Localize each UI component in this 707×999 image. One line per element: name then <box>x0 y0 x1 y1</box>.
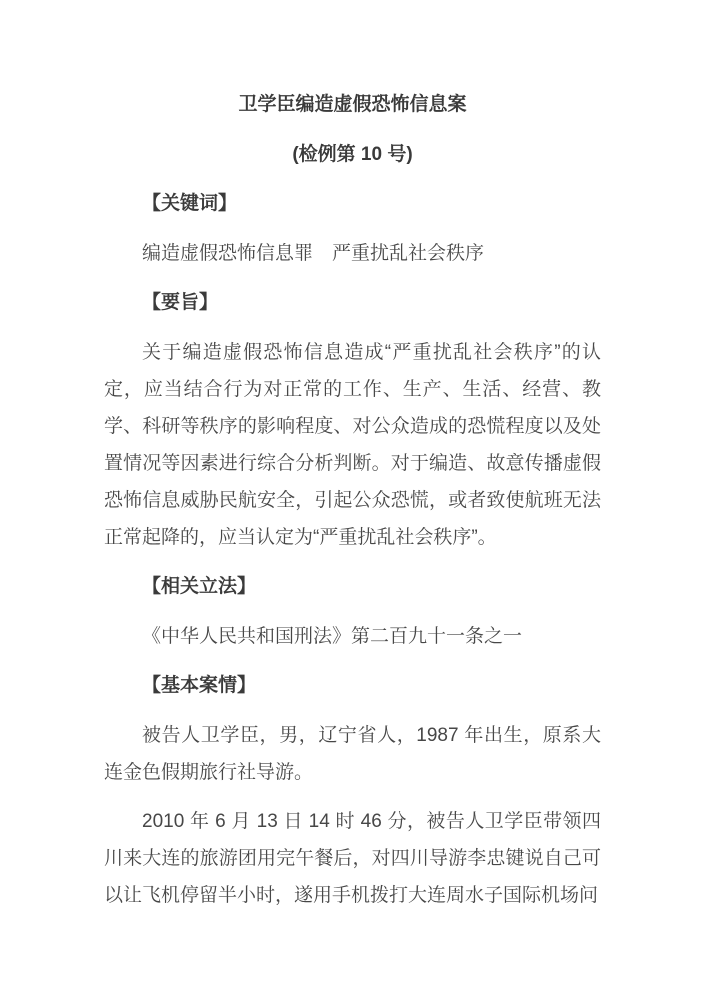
gist-paragraph: 关于编造虚假恐怖信息造成“严重扰乱社会秩序”的认定，应当结合行为对正常的工作、生… <box>104 334 601 556</box>
section-heading-gist: 【要旨】 <box>104 284 601 321</box>
document-content: 卫学臣编造虚假恐怖信息案 (检例第 10 号) 【关键词】 编造虚假恐怖信息罪 … <box>0 0 707 905</box>
section-heading-facts: 【基本案情】 <box>104 667 601 704</box>
section-heading-keywords: 【关键词】 <box>104 185 601 222</box>
legislation-text: 《中华人民共和国刑法》第二百九十一条之一 <box>104 618 601 655</box>
keywords-text: 编造虚假恐怖信息罪 严重扰乱社会秩序 <box>104 235 601 272</box>
case-number: (检例第 10 号) <box>104 136 601 173</box>
document-title: 卫学臣编造虚假恐怖信息案 <box>104 86 601 123</box>
document-page: 卫学臣编造虚假恐怖信息案 (检例第 10 号) 【关键词】 编造虚假恐怖信息罪 … <box>0 0 707 999</box>
section-heading-legislation: 【相关立法】 <box>104 568 601 605</box>
facts-paragraph-2: 2010 年 6 月 13 日 14 时 46 分，被告人卫学臣带领四川来大连的… <box>104 803 601 905</box>
facts-paragraph-1: 被告人卫学臣，男，辽宁省人，1987 年出生，原系大连金色假期旅行社导游。 <box>104 717 601 791</box>
